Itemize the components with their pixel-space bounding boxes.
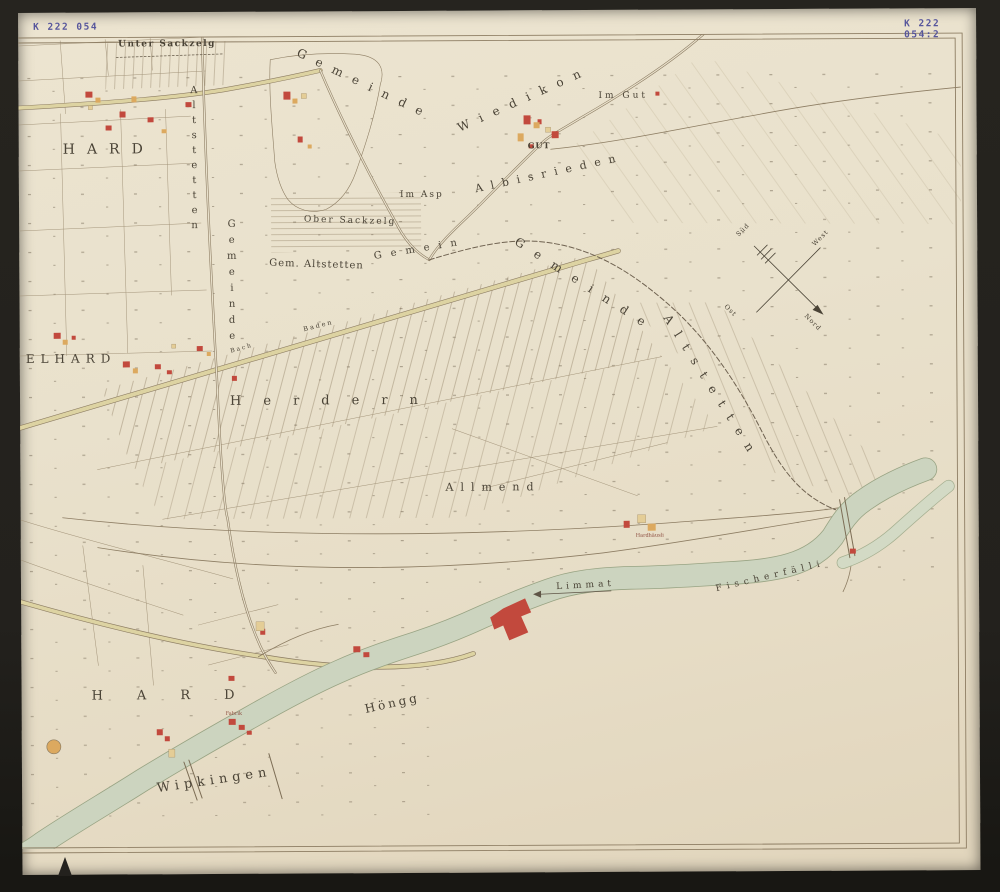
sheet-code-top-right: K 222 054:2: [904, 18, 976, 40]
scan-notch: [58, 857, 72, 876]
sheet-code-top-left: K 222 054: [33, 22, 98, 33]
map-drawing: [18, 8, 981, 875]
label-fabrik: Fabrik: [226, 712, 242, 717]
label-hardhausli: Hardhäusli: [636, 534, 664, 539]
label-im-asp: Im Asp: [400, 191, 444, 200]
label-gut: GUT: [528, 141, 551, 149]
scan-background: K 222 054 K 222 054:2 Unter Sackzelg HAR…: [0, 0, 1000, 892]
label-hard-bottom: HARD: [92, 689, 269, 703]
map-sheet: K 222 054 K 222 054:2 Unter Sackzelg HAR…: [18, 8, 981, 875]
label-unter-sackzelg: Unter Sackzelg: [118, 40, 216, 50]
label-herdern: Herdern: [230, 394, 440, 408]
label-im-gut: Im Gut: [598, 92, 648, 101]
label-hard-top: HARD: [63, 142, 155, 156]
label-allmend: Allmend: [445, 481, 540, 492]
label-gemeinde-vertical: Gemeinde: [226, 219, 237, 347]
label-elhard: ELHARD: [26, 352, 117, 364]
label-altstetten-vertical: Altstetten: [188, 85, 199, 235]
